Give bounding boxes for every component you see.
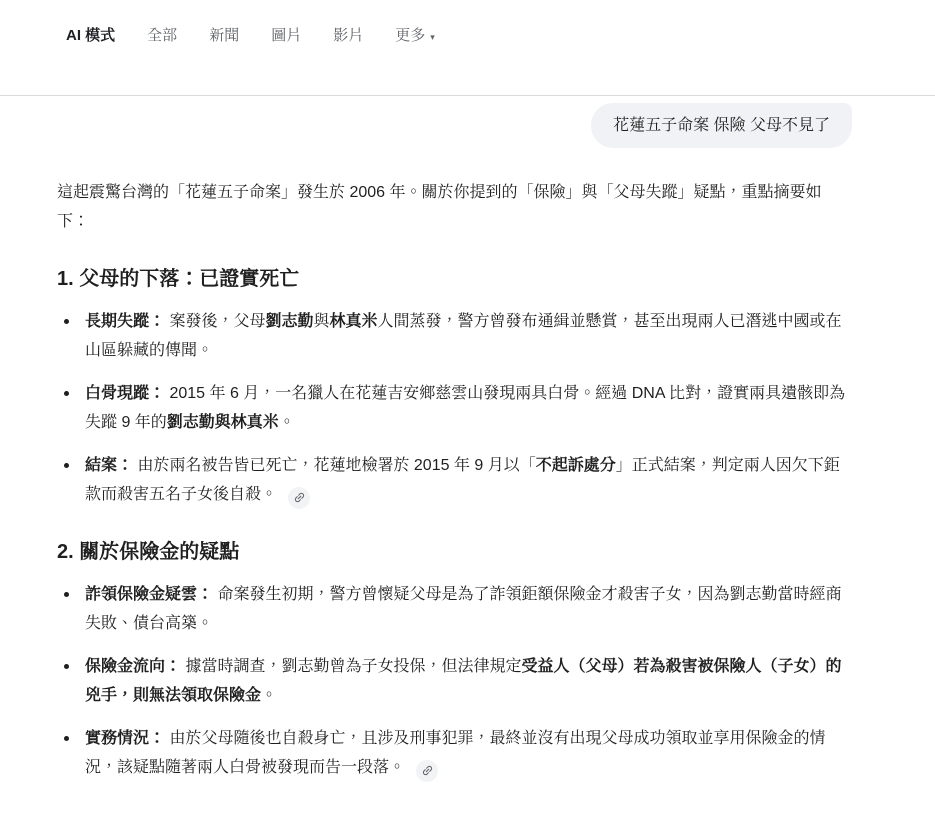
tab-label: 更多 [395, 26, 425, 46]
link-icon[interactable] [416, 760, 438, 782]
text-run: 案發後，父母 [165, 313, 265, 330]
text-run-bold: 實務情況： [85, 730, 165, 747]
answer-sections: 1. 父母的下落：已證實死亡 長期失蹤： 案發後，父母劉志勤與林真米人間蒸發，警… [57, 265, 852, 782]
answer-intro: 這起震驚台灣的「花蓮五子命案」發生於 2006 年。關於你提到的「保險」與「父母… [57, 178, 852, 236]
tab-all[interactable]: 全部 [147, 26, 177, 46]
text-run-bold: 白骨現蹤： [85, 385, 165, 402]
tab-ai-mode[interactable]: AI 模式 [66, 26, 115, 46]
tab-more[interactable]: 更多 ▾ [395, 26, 435, 46]
text-run-bold: 長期失蹤： [85, 313, 165, 330]
bullet-list: 詐領保險金疑雲： 命案發生初期，警方曾懷疑父母是為了詐領鉅額保險金才殺害子女，因… [57, 580, 852, 782]
bullet-item: 長期失蹤： 案發後，父母劉志勤與林真米人間蒸發，警方曾發布通緝並懸賞，甚至出現兩… [57, 307, 852, 365]
text-run-bold: 林真米 [330, 313, 378, 330]
tab-label: 全部 [147, 26, 177, 46]
bullet-item: 白骨現蹤： 2015 年 6 月，一名獵人在花蓮吉安鄉慈雲山發現兩具白骨。經過 … [57, 379, 852, 437]
section-heading: 2. 關於保險金的疑點 [57, 538, 852, 566]
tab-label: AI 模式 [66, 26, 115, 46]
answer-section: 2. 關於保險金的疑點 詐領保險金疑雲： 命案發生初期，警方曾懷疑父母是為了詐領… [57, 538, 852, 782]
text-run-bold: 結案： [85, 457, 133, 474]
user-query-text: 花蓮五子命案 保險 父母不見了 [613, 117, 830, 134]
bullet-item: 保險金流向： 據當時調查，劉志勤曾為子女投保，但法律規定受益人（父母）若為殺害被… [57, 652, 852, 710]
bullet-item: 結案： 由於兩名被告皆已死亡，花蓮地檢署於 2015 年 9 月以「不起訴處分」… [57, 451, 852, 509]
user-query-bubble: 花蓮五子命案 保險 父母不見了 [591, 103, 852, 148]
text-run: 據當時調查，劉志勤曾為子女投保，但法律規定 [181, 658, 521, 675]
text-run: 。 [261, 687, 277, 704]
text-run: 與 [313, 313, 329, 330]
tab-news[interactable]: 新聞 [209, 26, 239, 46]
section-heading: 1. 父母的下落：已證實死亡 [57, 265, 852, 293]
tab-label: 新聞 [209, 26, 239, 46]
text-run-bold: 保險金流向： [85, 658, 181, 675]
user-query-row: 花蓮五子命案 保險 父母不見了 [57, 103, 852, 148]
text-run: 。 [279, 414, 295, 431]
text-run: 由於兩名被告皆已死亡，花蓮地檢署於 2015 年 9 月以「 [133, 457, 536, 474]
text-run: 由於父母隨後也自殺身亡，且涉及刑事犯罪，最終並沒有出現父母成功領取並享用保險金的… [85, 730, 825, 776]
ai-mode-conversation: 花蓮五子命案 保險 父母不見了 這起震驚台灣的「花蓮五子命案」發生於 2006 … [57, 103, 852, 782]
bullet-item: 詐領保險金疑雲： 命案發生初期，警方曾懷疑父母是為了詐領鉅額保險金才殺害子女，因… [57, 580, 852, 638]
text-run-bold: 劉志勤 [265, 313, 313, 330]
text-run-bold: 劉志勤與林真米 [167, 414, 279, 431]
tab-label: 影片 [333, 26, 363, 46]
tab-label: 圖片 [271, 26, 301, 46]
tab-videos[interactable]: 影片 [333, 26, 363, 46]
text-run-bold: 詐領保險金疑雲： [85, 586, 213, 603]
bullet-item: 實務情況： 由於父母隨後也自殺身亡，且涉及刑事犯罪，最終並沒有出現父母成功領取並… [57, 724, 852, 782]
text-run-bold: 不起訴處分 [536, 457, 616, 474]
tab-images[interactable]: 圖片 [271, 26, 301, 46]
answer-section: 1. 父母的下落：已證實死亡 長期失蹤： 案發後，父母劉志勤與林真米人間蒸發，警… [57, 265, 852, 509]
bullet-list: 長期失蹤： 案發後，父母劉志勤與林真米人間蒸發，警方曾發布通緝並懸賞，甚至出現兩… [57, 307, 852, 509]
chevron-down-icon: ▾ [430, 27, 435, 47]
link-icon[interactable] [288, 487, 310, 509]
search-tab-bar: AI 模式 全部 新聞 圖片 影片 更多 ▾ [0, 0, 935, 96]
